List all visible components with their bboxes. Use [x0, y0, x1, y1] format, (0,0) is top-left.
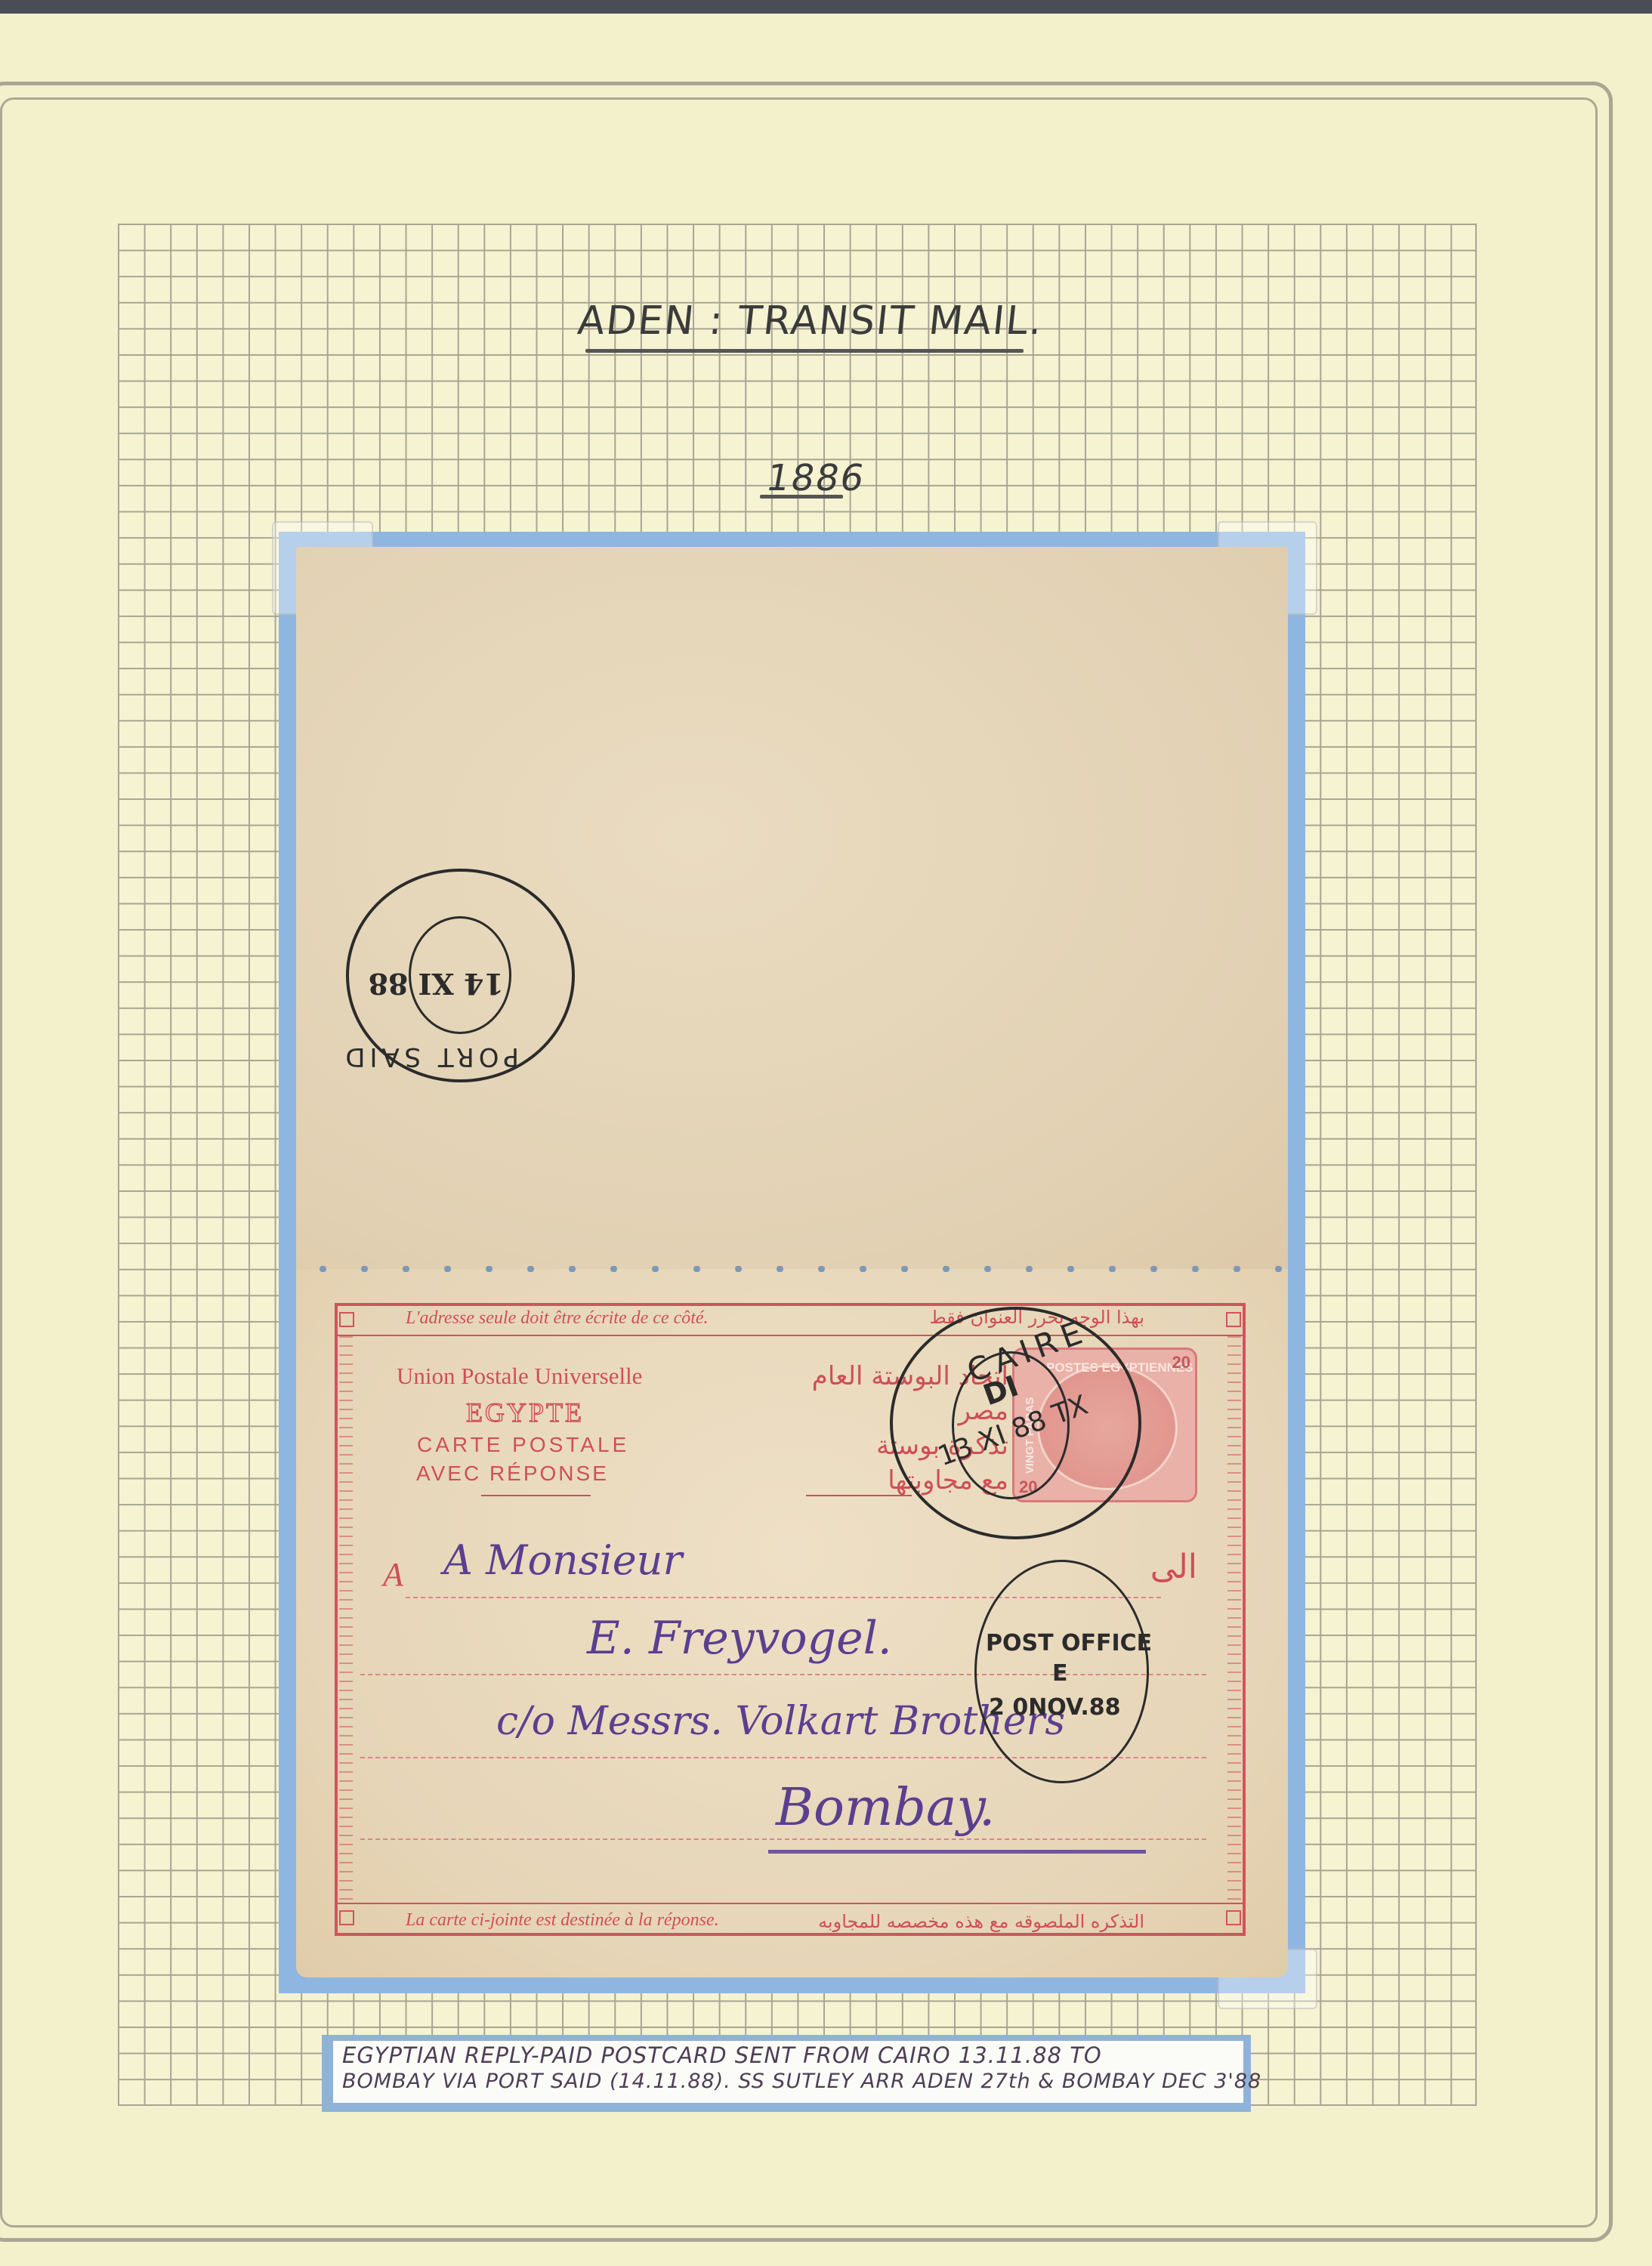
postmark-office: POST OFFICE: [986, 1630, 1152, 1656]
address-prefix: A: [383, 1555, 403, 1594]
country-heading: EGYPTE: [466, 1397, 584, 1428]
caption-mount: EGYPTIAN REPLY-PAID POSTCARD SENT FROM C…: [322, 2035, 1251, 2112]
stamp-value: 20: [1172, 1353, 1190, 1372]
caption-line-2: BOMBAY VIA PORT SAID (14.11.88). SS SUTL…: [342, 2070, 1261, 2093]
postmark-date: 2 0NOV.88: [989, 1694, 1121, 1721]
page-year: 1886: [763, 457, 869, 499]
address-prefix-arabic: الى: [1150, 1548, 1197, 1586]
postmark-date: 14 XI 88: [369, 967, 504, 1001]
scanner-edge-strip: [0, 0, 1652, 14]
reply-card-notice-arabic: التذكره الملصوقه مع هذه مخصصه للمجاوبه: [818, 1911, 1144, 1932]
frame-corner-ornament: [1226, 1910, 1241, 1925]
reply-card-notice: La carte ci-jointe est destinée à la rép…: [406, 1910, 719, 1931]
caption-label: EGYPTIAN REPLY-PAID POSTCARD SENT FROM C…: [333, 2041, 1243, 2103]
perforation-fold: [296, 1266, 1288, 1272]
year-underline: [760, 495, 843, 499]
frame-corner-ornament: [339, 1312, 354, 1327]
caption-line-1: EGYPTIAN REPLY-PAID POSTCARD SENT FROM C…: [342, 2042, 1102, 2068]
postmark-caire: CAIRE DI 13 XI 88 TX: [890, 1307, 1141, 1539]
address-salutation: A Monsieur: [443, 1536, 682, 1584]
title-underline: [585, 349, 1024, 353]
reply-heading: AVEC RÉPONSE: [416, 1462, 609, 1486]
postmark-town: PORT SAID: [341, 1042, 519, 1072]
city-underline: [768, 1850, 1146, 1854]
frame-corner-ornament: [339, 1910, 354, 1925]
address-line: [360, 1838, 1206, 1840]
frame-top-band: L'adresse seule doit être écrite de ce c…: [338, 1306, 1243, 1336]
frame-left-ornament: [339, 1336, 353, 1903]
frame-corner-ornament: [1226, 1312, 1241, 1327]
postmark-port-said: 14 XI 88 PORT SAID: [346, 869, 575, 1082]
address-city: Bombay.: [776, 1778, 995, 1838]
upu-heading: Union Postale Universelle: [397, 1363, 642, 1390]
frame-right-ornament: [1227, 1336, 1241, 1903]
heading-rule: [481, 1495, 591, 1496]
postmark-letter: E: [1052, 1660, 1068, 1687]
address-side-notice: L'adresse seule doit être écrite de ce c…: [406, 1308, 709, 1329]
arabic-heading-rule: [806, 1495, 912, 1496]
address-recipient: E. Freyvogel.: [587, 1612, 892, 1665]
frame-bottom-band: La carte ci-jointe est destinée à la rép…: [338, 1903, 1243, 1933]
page-title: ADEN : TRANSIT MAIL.: [576, 298, 1045, 344]
card-type-heading: CARTE POSTALE: [417, 1433, 629, 1457]
postmark-bombay: POST OFFICE E 2 0NOV.88: [974, 1560, 1149, 1783]
